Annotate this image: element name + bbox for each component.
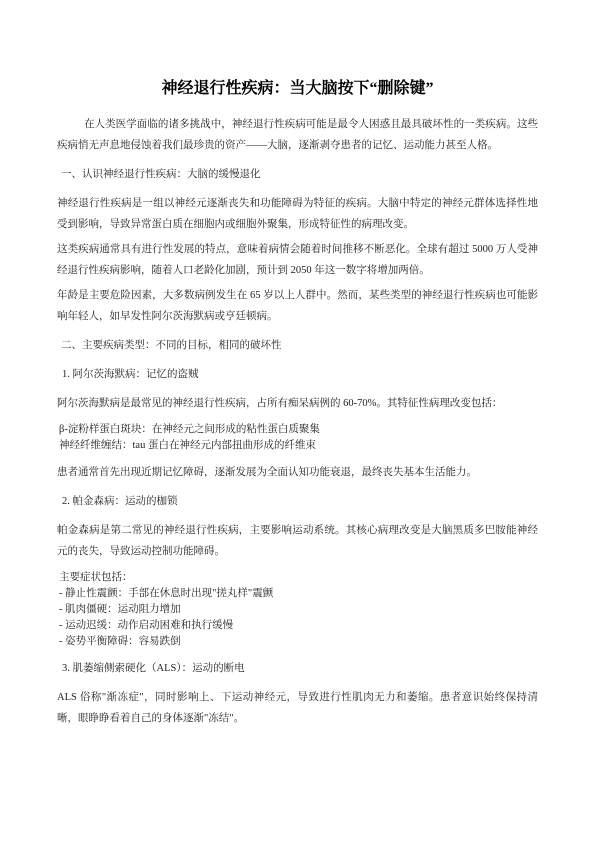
feature-line: β-淀粉样蛋白斑块：在神经元之间形成的粘性蛋白质聚集: [59, 422, 538, 438]
disease2-paragraph-1: 帕金森病是第二常见的神经退行性疾病，主要影响运动系统。其核心病理改变是大脑黑质多…: [57, 520, 538, 562]
parkinson-symptom-list: 主要症状包括： - 静止性震颤：手部在休息时出现"搓丸样"震颤 - 肌肉僵硬：运…: [57, 570, 538, 650]
disease3-paragraph-1: ALS 俗称"渐冻症"，同时影响上、下运动神经元，导致进行性肌肉无力和萎缩。患者…: [57, 687, 538, 729]
disease1-heading: 1. 阿尔茨海默病：记忆的盗贼: [57, 364, 538, 385]
section2-heading: 二、主要疾病类型：不同的目标，相同的破坏性: [57, 335, 538, 356]
intro-paragraph: 在人类医学面临的诸多挑战中，神经退行性疾病可能是最令人困惑且最具破坏性的一类疾病…: [57, 114, 538, 156]
disease1-paragraph-1: 阿尔茨海默病是最常见的神经退行性疾病，占所有痴呆病例的 60-70%。其特征性病…: [57, 393, 538, 414]
symptom-line: - 姿势平衡障碍：容易跌倒: [59, 634, 538, 650]
symptom-line: - 运动迟缓：动作启动困难和执行缓慢: [59, 618, 538, 634]
disease2-heading: 2. 帕金森病：运动的枷锁: [57, 491, 538, 512]
symptom-line: - 静止性震颤：手部在休息时出现"搓丸样"震颤: [59, 586, 538, 602]
symptom-line: - 肌肉僵硬：运动阻力增加: [59, 602, 538, 618]
section1-paragraph-3: 年龄是主要危险因素，大多数病例发生在 65 岁以上人群中。然而，某些类型的神经退…: [57, 285, 538, 327]
document-page: 神经退行性疾病：当大脑按下“删除键” 在人类医学面临的诸多挑战中，神经退行性疾病…: [0, 0, 595, 841]
document-title: 神经退行性疾病：当大脑按下“删除键”: [57, 78, 538, 100]
section1-paragraph-1: 神经退行性疾病是一组以神经元逐渐丧失和功能障碍为特征的疾病。大脑中特定的神经元群…: [57, 193, 538, 235]
section1-heading: 一、认识神经退行性疾病：大脑的缓慢退化: [57, 164, 538, 185]
feature-line: 神经纤维缠结：tau 蛋白在神经元内部扭曲形成的纤维束: [59, 438, 538, 454]
alzheimer-feature-list: β-淀粉样蛋白斑块：在神经元之间形成的粘性蛋白质聚集 神经纤维缠结：tau 蛋白…: [57, 422, 538, 454]
disease3-heading: 3. 肌萎缩侧索硬化（ALS）：运动的断电: [57, 658, 538, 679]
section1-paragraph-2: 这类疾病通常具有进行性发展的特点，意味着病情会随着时间推移不断恶化。全球有超过 …: [57, 239, 538, 281]
symptom-list-title: 主要症状包括：: [59, 570, 538, 586]
disease1-paragraph-2: 患者通常首先出现近期记忆障碍，逐渐发展为全面认知功能衰退，最终丧失基本生活能力。: [57, 462, 538, 483]
